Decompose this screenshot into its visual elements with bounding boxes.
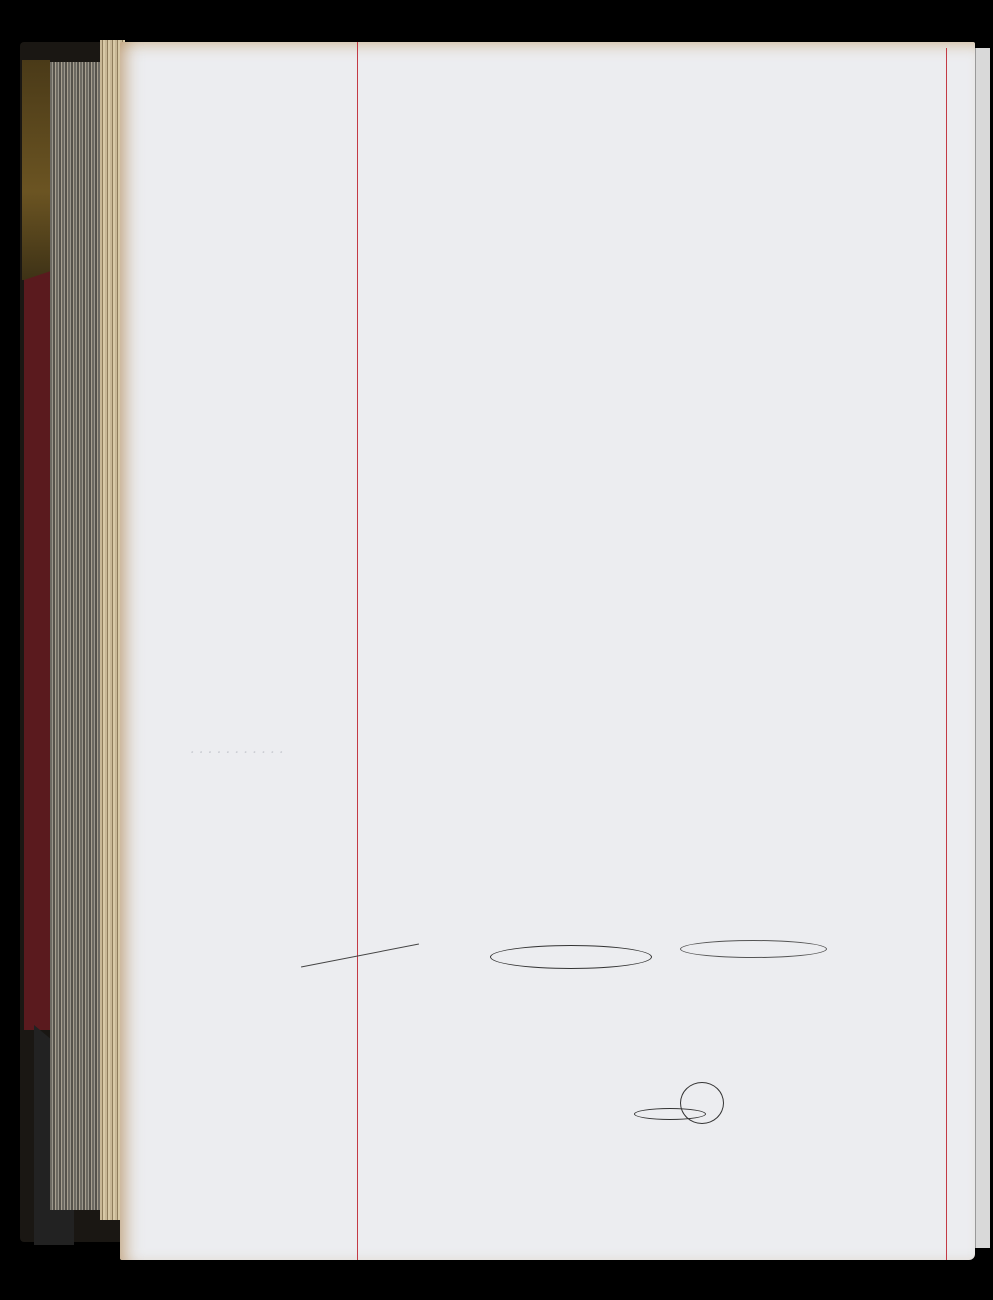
signature-flourish-2: [680, 940, 827, 958]
cover-gold-corner: [22, 60, 50, 280]
secretary-flourish: [634, 1108, 706, 1120]
left-margin-rule: [357, 42, 358, 1260]
bleed-through-text: · · · · · · · · · · ·: [190, 745, 283, 761]
right-margin-rule: [946, 48, 947, 1260]
signature-flourish-1: [490, 945, 652, 969]
ledger-page: [120, 42, 975, 1260]
next-page-edge: [975, 48, 990, 1248]
